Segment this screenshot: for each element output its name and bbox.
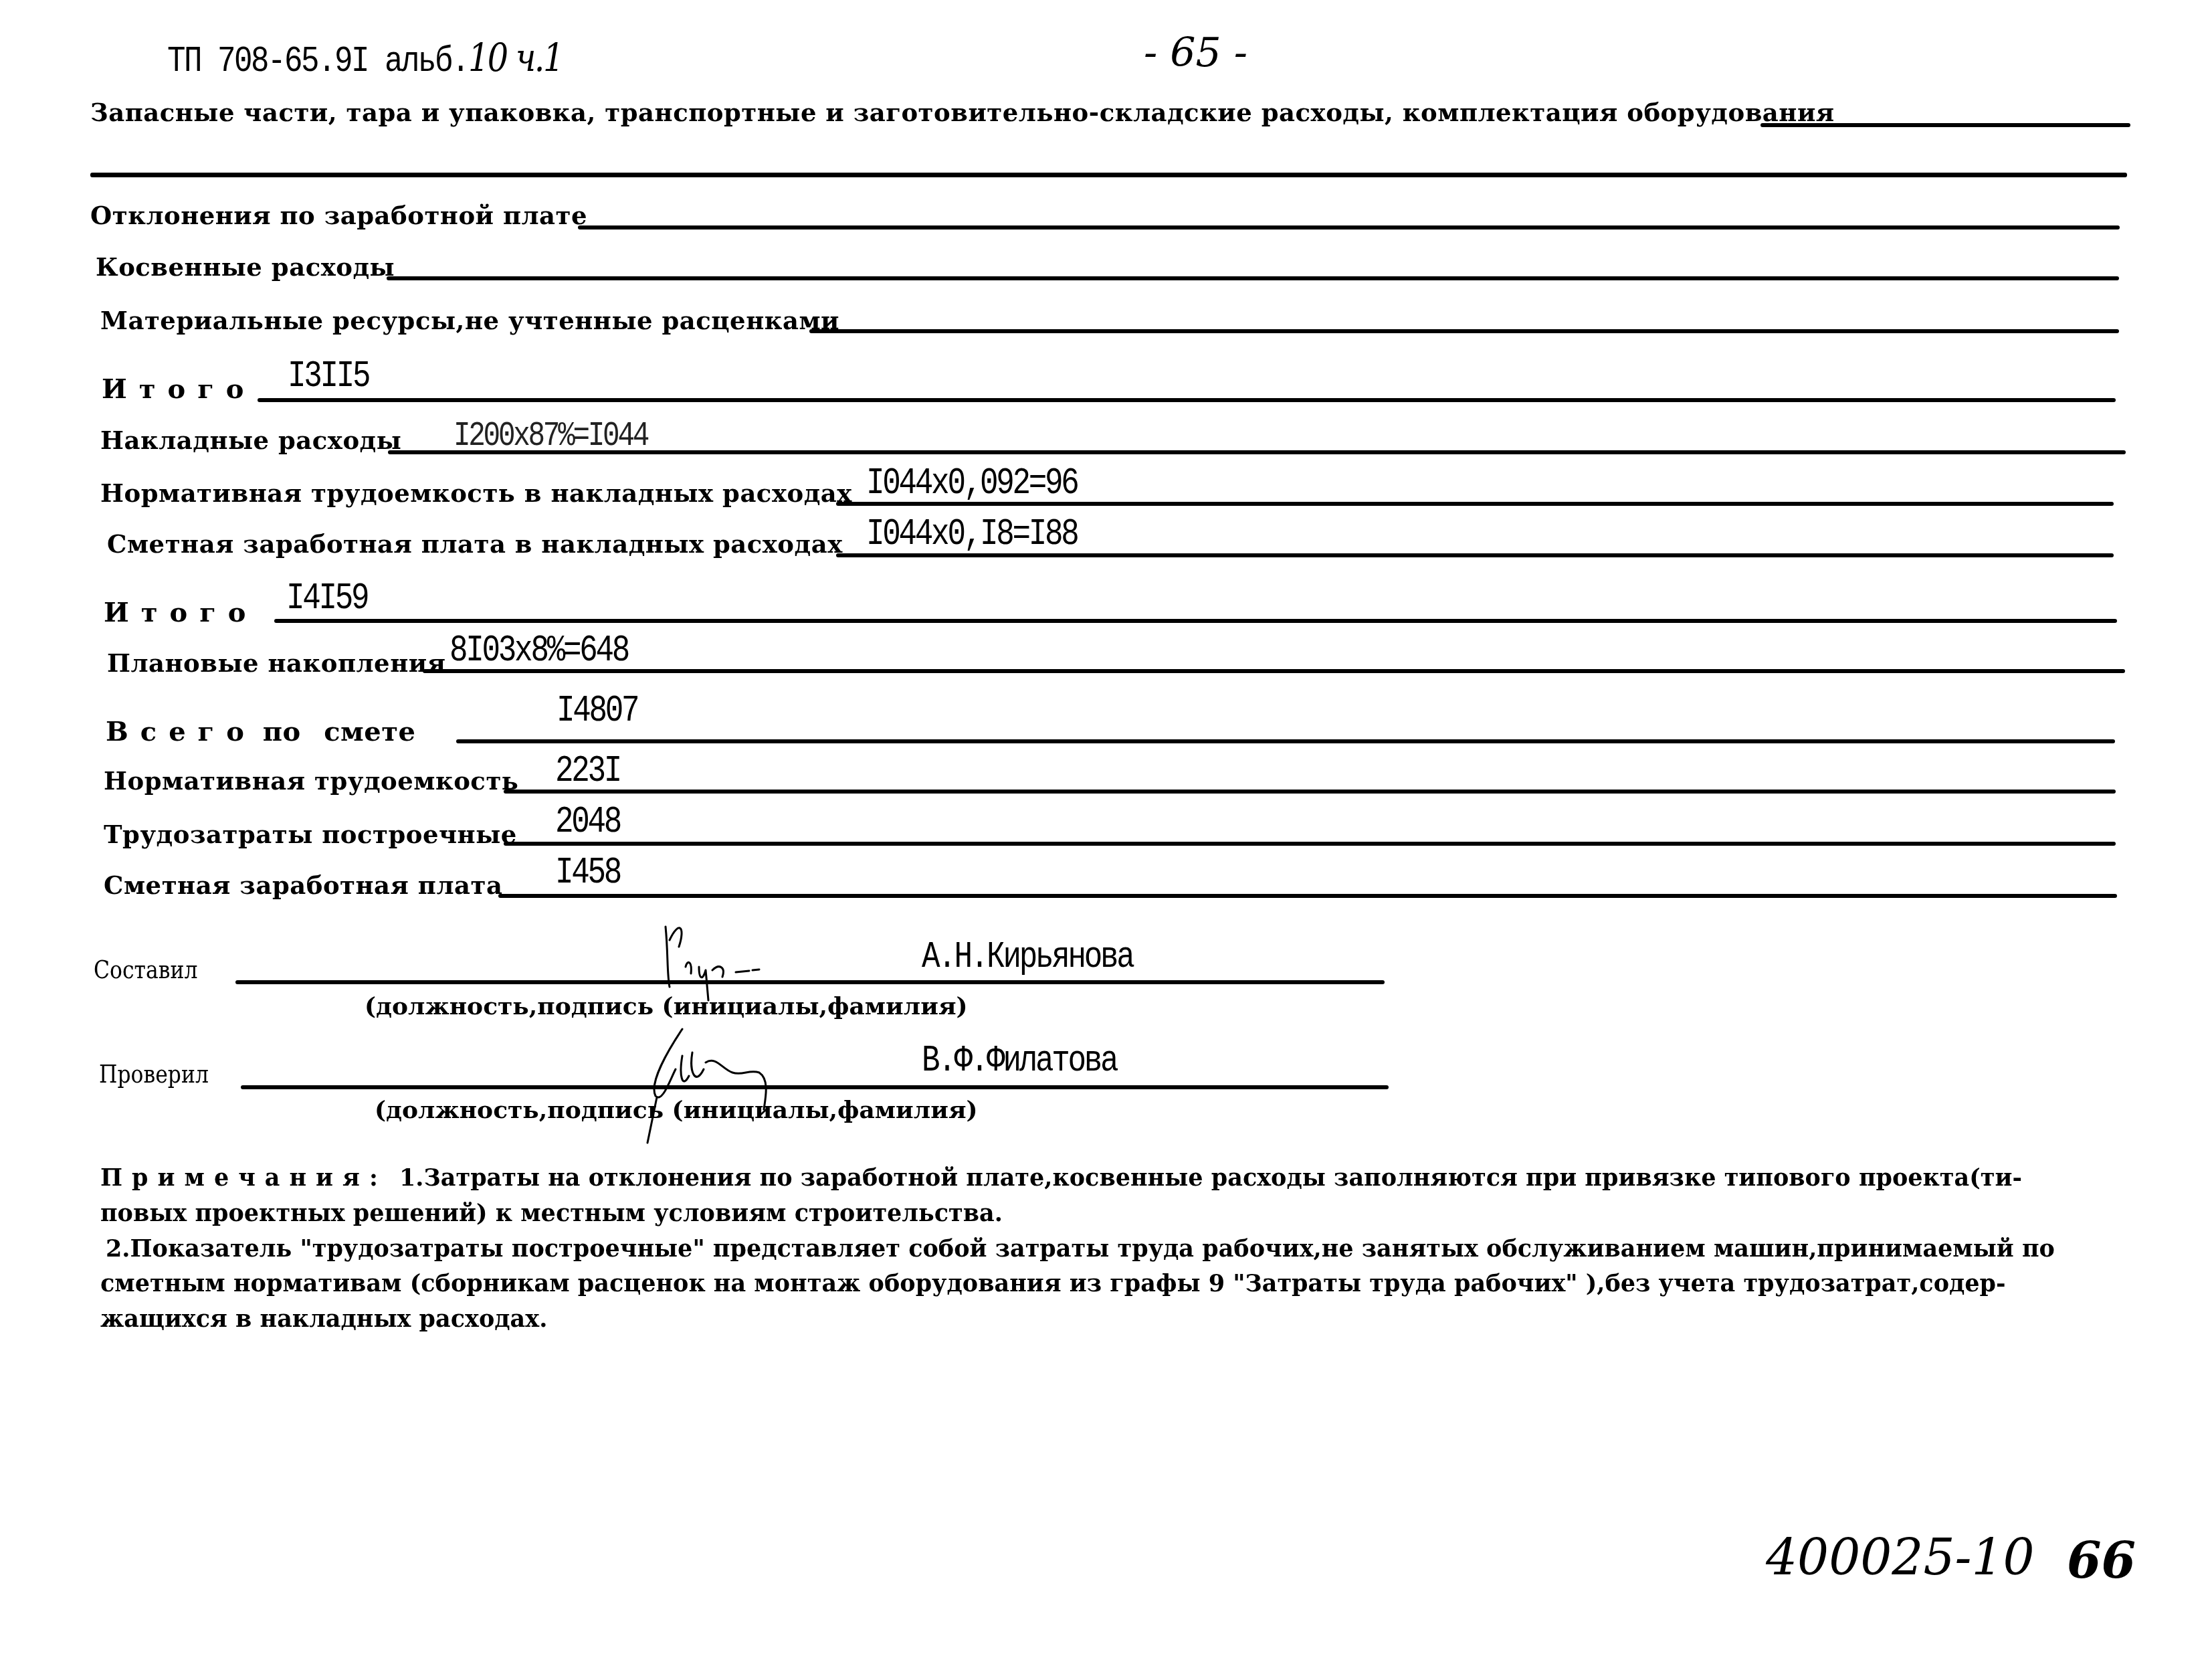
- page-number: - 65 -: [1144, 29, 1247, 76]
- row-value-estimate-total: I4807: [557, 689, 637, 732]
- row-value-subtotal-2: I4I59: [286, 577, 367, 620]
- notes-line-5: жащихся в накладных расходах.: [100, 1305, 547, 1333]
- row-line-standard-labor: [504, 790, 2116, 794]
- row-value-wage-in-overhead: I044х0,I8=I88: [866, 513, 1078, 555]
- row-label-subtotal-2: Итого: [104, 597, 258, 628]
- compiled-signature-line: [235, 980, 1385, 984]
- row-line-subtotal-2: [274, 619, 2117, 623]
- checked-caption: (должность,подпись (инициалы,фамилия): [375, 1096, 978, 1124]
- notes-line-1: Примечания: 1.Затраты на отклонения по з…: [100, 1164, 2022, 1192]
- row-line-site-labor: [504, 842, 2116, 846]
- sheet-number: 66: [2067, 1532, 2136, 1590]
- intro-line-label: Запасные части, тара и упаковка, транспо…: [90, 98, 1835, 127]
- album-handwritten: 10 ч.1: [468, 35, 563, 80]
- estimate-total-word: Всего: [106, 716, 256, 747]
- document-code: ТП 708-65.9I альб.10 ч.1: [167, 35, 563, 82]
- section-divider: [90, 173, 2127, 177]
- row-line-planned-savings: [423, 669, 2125, 673]
- checked-signature-line: [241, 1085, 1389, 1089]
- compiled-caption: (должность,подпись (инициалы,фамилия): [365, 992, 968, 1020]
- row-label-indirect-costs: Косвенные расходы: [96, 252, 395, 282]
- notes-line-4: сметным нормативам (сборникам расценок н…: [100, 1270, 2006, 1297]
- row-value-subtotal-1: I3II5: [288, 355, 369, 397]
- notes-heading: Примечания:: [100, 1164, 387, 1192]
- row-label-material-resources: Материальные ресурсы,не учтенные расценк…: [100, 306, 839, 335]
- checked-by-name: В.Ф.Филатова: [922, 1039, 1116, 1082]
- notes-line-3: 2.Показатель "трудозатраты построечные" …: [106, 1235, 2055, 1263]
- notes-line-2: повых проектных решений) к местным услов…: [100, 1200, 1003, 1227]
- row-value-site-labor: 2048: [555, 800, 620, 843]
- notes-text-1: 1.Затраты на отклонения по заработной пл…: [399, 1164, 2022, 1192]
- row-label-overhead: Накладные расходы: [100, 426, 401, 455]
- row-line-wage-deviation: [578, 225, 2120, 229]
- row-line-subtotal-1: [258, 398, 2116, 402]
- row-line-estimate-total: [456, 739, 2115, 743]
- row-label-wage-in-overhead: Сметная заработная плата в накладных рас…: [107, 529, 843, 559]
- row-label-site-labor: Трудозатраты построечные: [104, 820, 517, 849]
- compiled-by-label: Составил: [94, 955, 197, 984]
- row-line-indirect-costs: [387, 276, 2119, 280]
- row-label-standard-labor: Нормативная трудоемкость: [104, 766, 518, 796]
- intro-underline: [1761, 123, 2130, 127]
- row-line-wage-in-overhead: [836, 553, 2114, 557]
- row-value-estimated-wage: I458: [555, 851, 620, 894]
- row-label-subtotal-1: Итого: [102, 373, 256, 405]
- doc-code-text: ТП 708-65.9I альб.: [167, 41, 468, 82]
- row-label-estimate-total: Всегопо смете: [106, 716, 415, 747]
- row-label-wage-deviation: Отклонения по заработной плате: [90, 201, 587, 230]
- row-label-planned-savings: Плановые накопления: [107, 648, 446, 678]
- row-label-estimated-wage: Сметная заработная плата: [104, 870, 502, 900]
- row-line-overhead: [388, 450, 2126, 454]
- estimate-total-suffix: по смете: [263, 716, 416, 747]
- row-label-labor-in-overhead: Нормативная трудоемкость в накладных рас…: [100, 478, 852, 508]
- row-value-labor-in-overhead: I044х0,092=96: [866, 462, 1078, 504]
- archive-number: 400025-10: [1766, 1529, 2035, 1586]
- row-value-standard-labor: 223I: [555, 749, 620, 792]
- checked-signature: [642, 1022, 816, 1156]
- checked-by-label: Проверил: [99, 1060, 209, 1089]
- row-value-planned-savings: 8I03х8%=648: [449, 629, 628, 672]
- row-line-material-resources: [809, 329, 2119, 333]
- compiled-by-name: А.Н.Кирьянова: [922, 935, 1133, 978]
- row-line-estimated-wage: [498, 894, 2117, 898]
- row-line-labor-in-overhead: [836, 502, 2114, 506]
